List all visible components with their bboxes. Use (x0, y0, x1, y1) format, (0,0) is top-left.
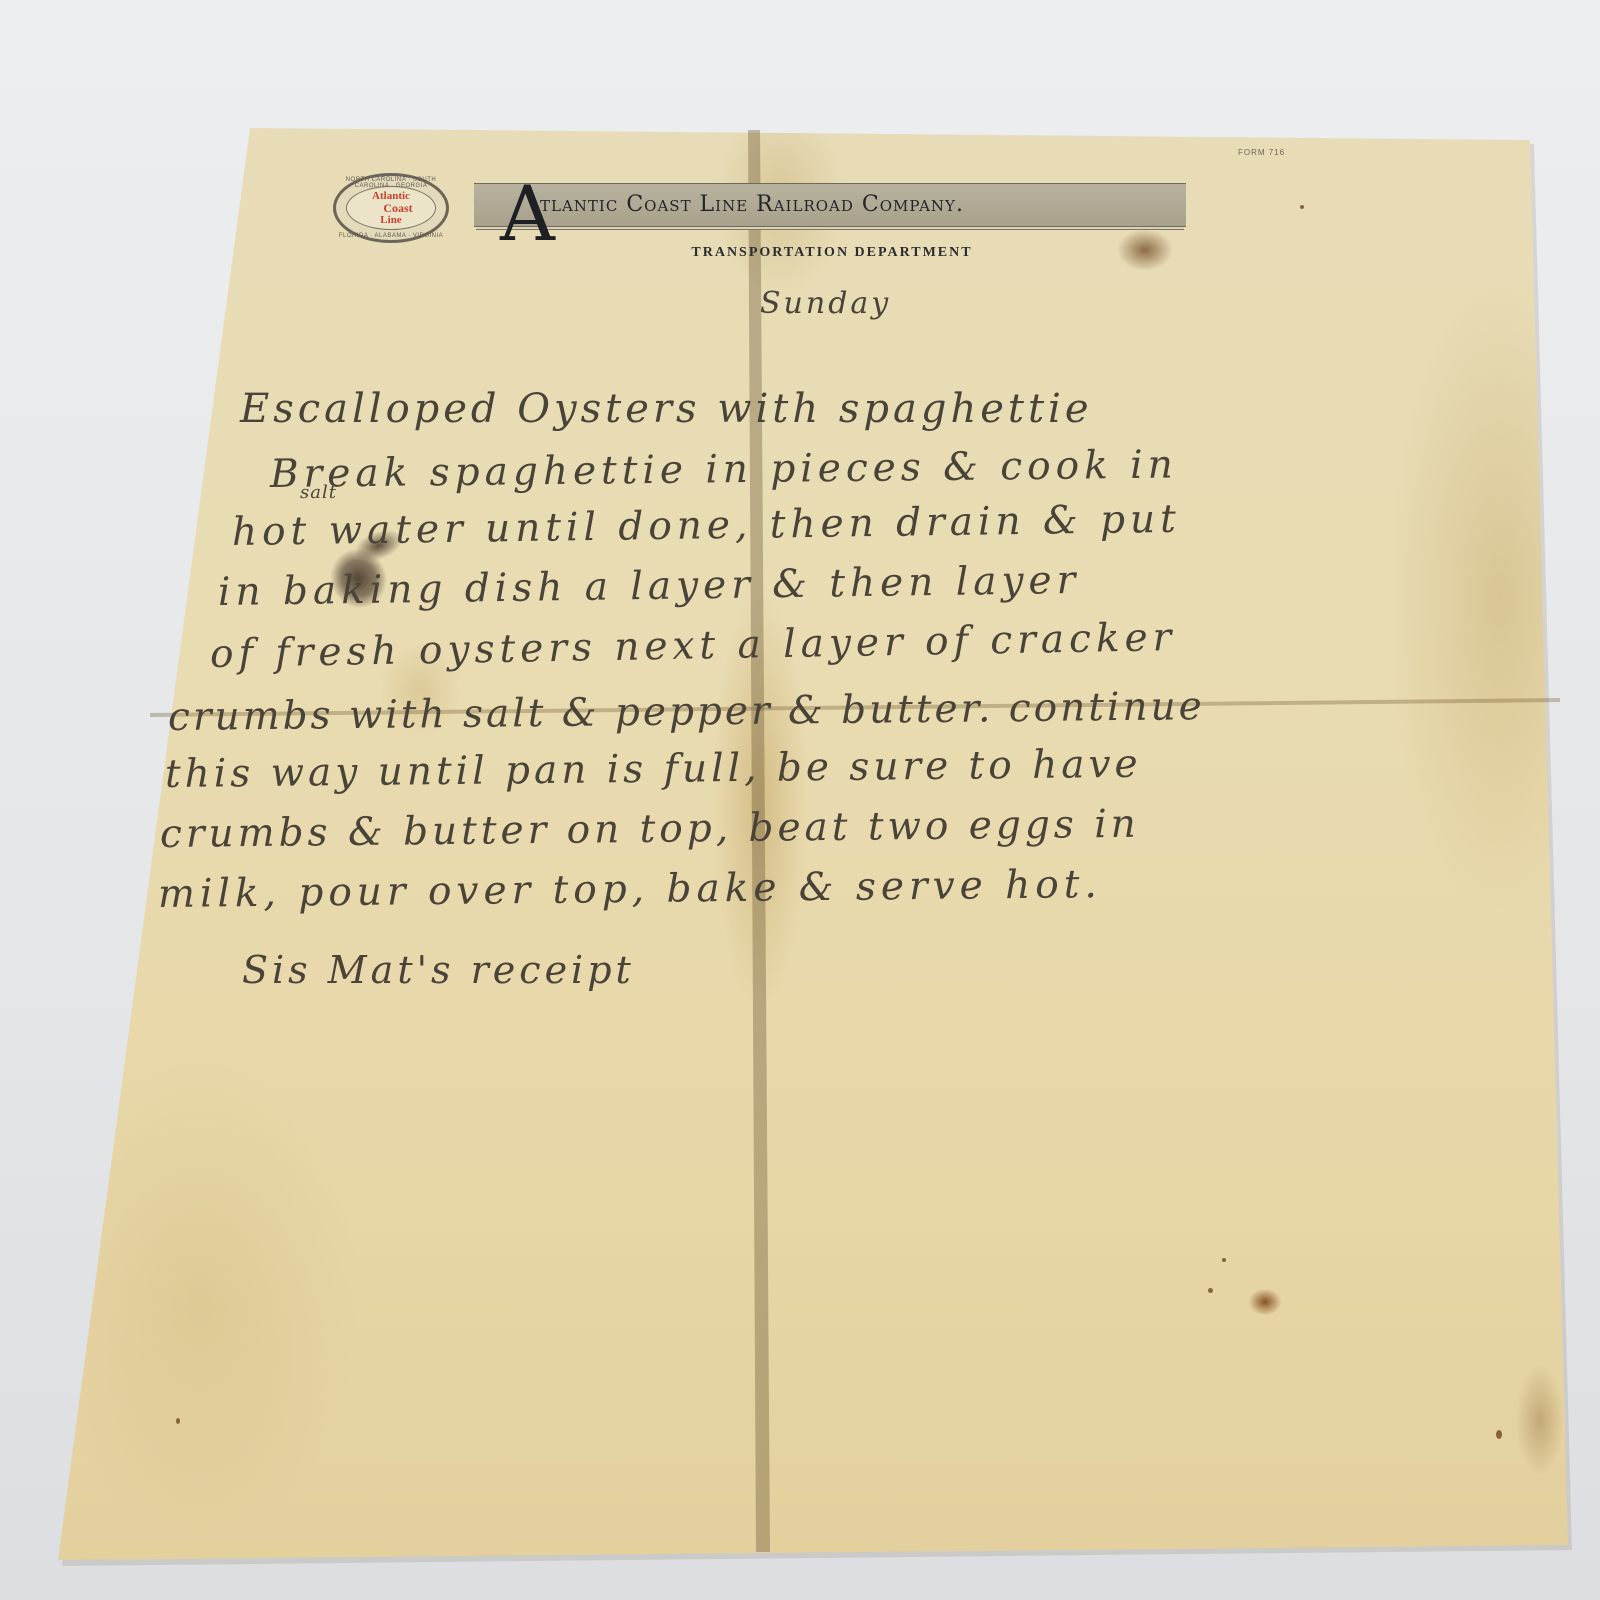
atlantic-coast-line-seal-logo: NORTH CAROLINA · SOUTH CAROLINA · GEORGI… (333, 173, 449, 243)
department-heading: TRANSPORTATION DEPARTMENT (616, 245, 1048, 261)
stain-spot (1300, 205, 1304, 209)
seal-ring-bottom-text: FLORIDA · ALABAMA · VIRGINIA (336, 233, 446, 239)
stain-spot (1222, 1258, 1226, 1262)
letter-date: Sunday (760, 286, 891, 321)
seal-ring-top-text: NORTH CAROLINA · SOUTH CAROLINA · GEORGI… (336, 177, 446, 189)
seal-name-line-3: Line (336, 214, 446, 226)
company-name: tlantic Coast Line Railroad Company. (540, 186, 1180, 222)
recipe-line: Break spaghettie in pieces & cook in (270, 442, 1178, 497)
recipe-title: Escalloped Oysters with spaghettie (240, 386, 1092, 432)
seal-company-name: Atlantic Coast Line (336, 190, 446, 226)
stain-spot (176, 1418, 180, 1424)
form-number: FORM 716 (1238, 148, 1285, 157)
recipe-attribution: Sis Mat's receipt (242, 948, 635, 992)
stain-spot (1208, 1288, 1213, 1293)
letter-sheet (0, 0, 1600, 1600)
seal-name-line-2: Coast (336, 202, 446, 214)
stain-spot (1496, 1430, 1502, 1439)
